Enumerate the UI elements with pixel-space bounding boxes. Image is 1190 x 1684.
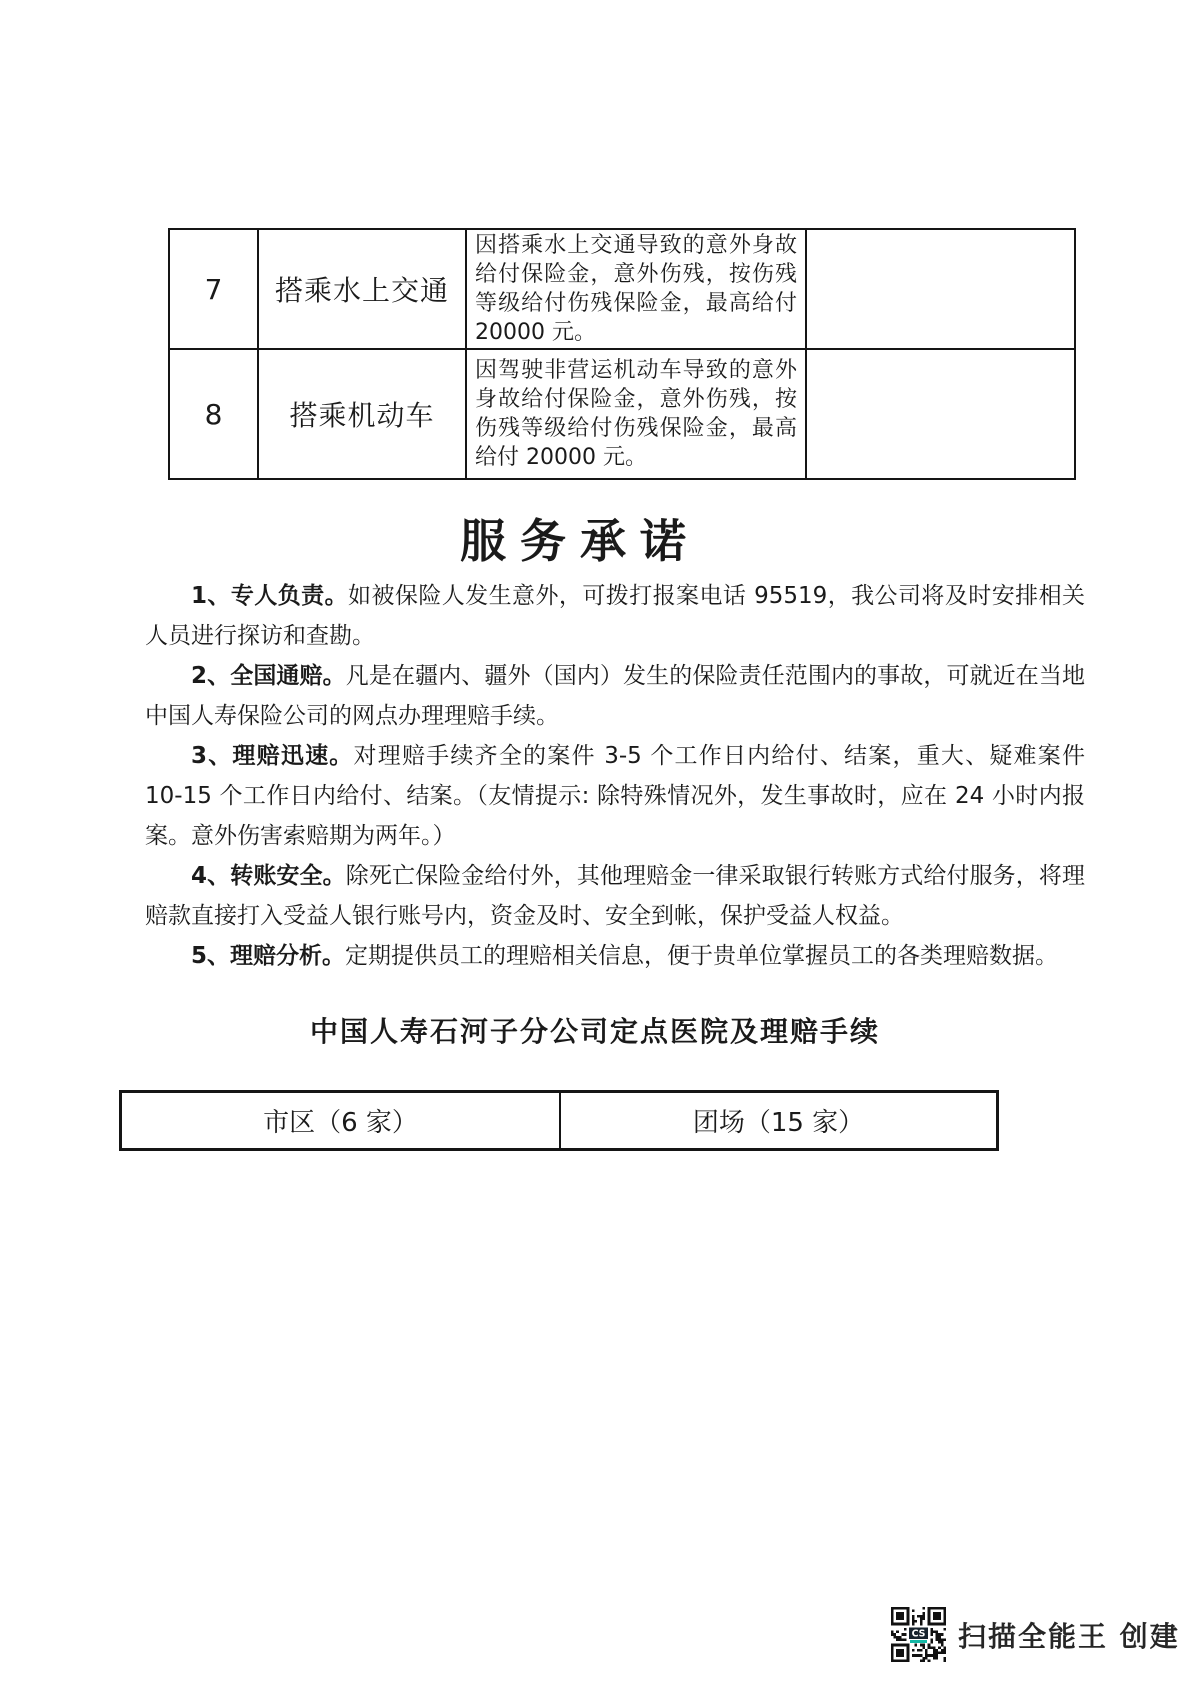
benefit-table: 7 搭乘水上交通 因搭乘水上交通导致的意外身故给付保险金，意外伤残，按伤残等级给…: [168, 228, 1076, 480]
camscanner-label: 扫描全能王 创建: [958, 1615, 1180, 1655]
service-item: 3、理赔迅速。对理赔手续齐全的案件 3-5 个工作日内给付、结案，重大、疑难案件…: [145, 736, 1085, 856]
benefit-note-cell: [805, 230, 1074, 348]
service-item-lead: 1、专人负责。: [191, 583, 348, 609]
benefit-name-cell: 搭乘水上交通: [257, 230, 465, 348]
cs-badge-icon: CS: [909, 1627, 928, 1642]
hospital-section-title: 中国人寿石河子分公司定点医院及理赔手续: [0, 1010, 1190, 1050]
benefit-desc-text: 因搭乘水上交通导致的意外身故给付保险金，意外伤残，按伤残等级给付伤残保险金，最高…: [475, 231, 797, 347]
benefit-row-number: 7: [170, 230, 257, 348]
service-item: 5、理赔分析。定期提供员工的理赔相关信息，便于贵单位掌握员工的各类理赔数据。: [145, 936, 1085, 976]
benefit-name-cell: 搭乘机动车: [257, 350, 465, 478]
hospital-col-farm: 团场（15 家）: [559, 1093, 996, 1148]
service-item-lead: 5、理赔分析。: [191, 943, 345, 969]
benefit-desc-cell: 因驾驶非营运机动车导致的意外身故给付保险金，意外伤残，按伤残等级给付伤残保险金，…: [465, 350, 805, 478]
cs-badge-underline: [910, 1640, 927, 1643]
benefit-note-cell: [805, 350, 1074, 478]
hospital-table: 市区（6 家） 团场（15 家）: [119, 1090, 999, 1151]
qr-code-icon: CS: [891, 1607, 946, 1662]
hospital-col-city: 市区（6 家）: [122, 1093, 559, 1148]
cs-badge-label: CS: [912, 1629, 926, 1640]
benefit-desc-text: 因驾驶非营运机动车导致的意外身故给付保险金，意外伤残，按伤残等级给付伤残保险金，…: [475, 356, 797, 472]
table-row: 7 搭乘水上交通 因搭乘水上交通导致的意外身故给付保险金，意外伤残，按伤残等级给…: [170, 230, 1074, 348]
service-item-lead: 2、全国通赔。: [191, 663, 346, 689]
document-page: 7 搭乘水上交通 因搭乘水上交通导致的意外身故给付保险金，意外伤残，按伤残等级给…: [0, 0, 1190, 1684]
service-commitment-list: 1、专人负责。如被保险人发生意外，可拨打报案电话 95519，我公司将及时安排相…: [145, 576, 1085, 976]
camscanner-footer: CS 扫描全能王 创建: [891, 1607, 1180, 1662]
service-item-text: 定期提供员工的理赔相关信息，便于贵单位掌握员工的各类理赔数据。: [345, 943, 1058, 969]
table-row: 8 搭乘机动车 因驾驶非营运机动车导致的意外身故给付保险金，意外伤残，按伤残等级…: [170, 348, 1074, 478]
service-item-lead: 4、转账安全。: [191, 863, 346, 889]
service-item: 1、专人负责。如被保险人发生意外，可拨打报案电话 95519，我公司将及时安排相…: [145, 576, 1085, 656]
service-item-lead: 3、理赔迅速。: [191, 743, 354, 769]
service-item: 4、转账安全。除死亡保险金给付外，其他理赔金一律采取银行转账方式给付服务，将理赔…: [145, 856, 1085, 936]
benefit-desc-cell: 因搭乘水上交通导致的意外身故给付保险金，意外伤残，按伤残等级给付伤残保险金，最高…: [465, 230, 805, 348]
benefit-row-number: 8: [170, 350, 257, 478]
service-commitment-title: 服务承诺: [0, 505, 1160, 571]
service-item: 2、全国通赔。凡是在疆内、疆外（国内）发生的保险责任范围内的事故，可就近在当地中…: [145, 656, 1085, 736]
